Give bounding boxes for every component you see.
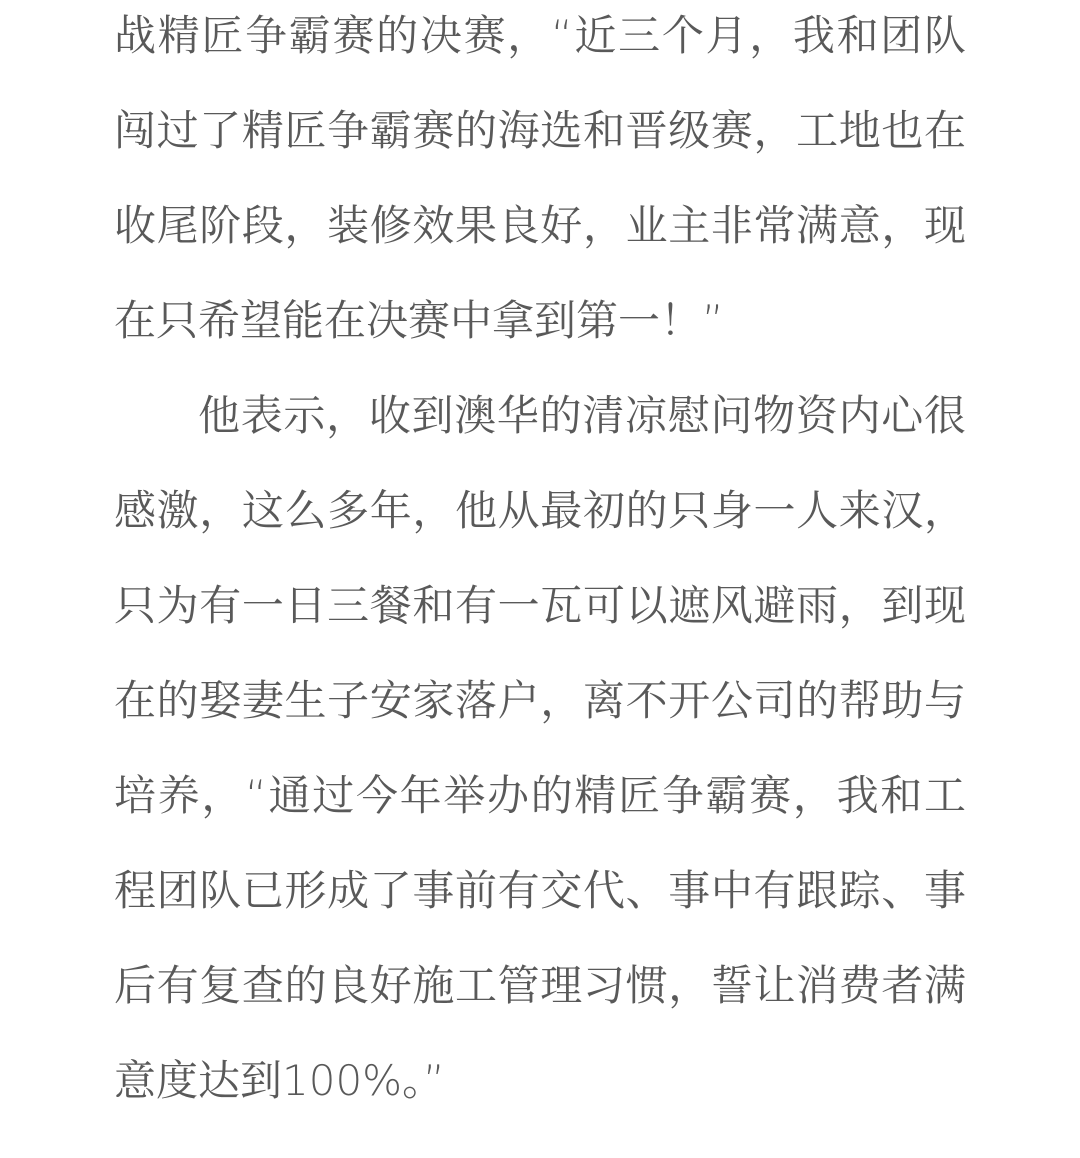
text-line: 程团队已形成了事前有交代、事中有跟踪、事 <box>114 843 966 938</box>
text-line: 收尾阶段，装修效果良好，业主非常满意，现 <box>114 178 966 273</box>
text-line: 在的娶妻生子安家落户，离不开公司的帮助与 <box>114 653 966 748</box>
text-line: 他表示，收到澳华的清凉慰问物资内心很 <box>114 368 966 463</box>
text-line: 战精匠争霸赛的决赛，“近三个月，我和团队 <box>114 0 966 83</box>
paragraph-1: 战精匠争霸赛的决赛，“近三个月，我和团队 闯过了精匠争霸赛的海选和晋级赛，工地也… <box>114 0 966 368</box>
text-line: 培养，“通过今年举办的精匠争霸赛，我和工 <box>114 748 966 843</box>
text-line: 闯过了精匠争霸赛的海选和晋级赛，工地也在 <box>114 83 966 178</box>
text-line: 后有复查的良好施工管理习惯，誓让消费者满 <box>114 938 966 1033</box>
text-line: 只为有一日三餐和有一瓦可以遮风避雨，到现 <box>114 558 966 653</box>
article-text-body: 战精匠争霸赛的决赛，“近三个月，我和团队 闯过了精匠争霸赛的海选和晋级赛，工地也… <box>114 0 966 1128</box>
text-line: 意度达到100%。” <box>114 1033 966 1128</box>
text-line: 在只希望能在决赛中拿到第一！” <box>114 273 966 368</box>
paragraph-2: 他表示，收到澳华的清凉慰问物资内心很 感激，这么多年，他从最初的只身一人来汉， … <box>114 368 966 1128</box>
article-page: 战精匠争霸赛的决赛，“近三个月，我和团队 闯过了精匠争霸赛的海选和晋级赛，工地也… <box>0 0 1080 1158</box>
text-line: 感激，这么多年，他从最初的只身一人来汉， <box>114 463 966 558</box>
